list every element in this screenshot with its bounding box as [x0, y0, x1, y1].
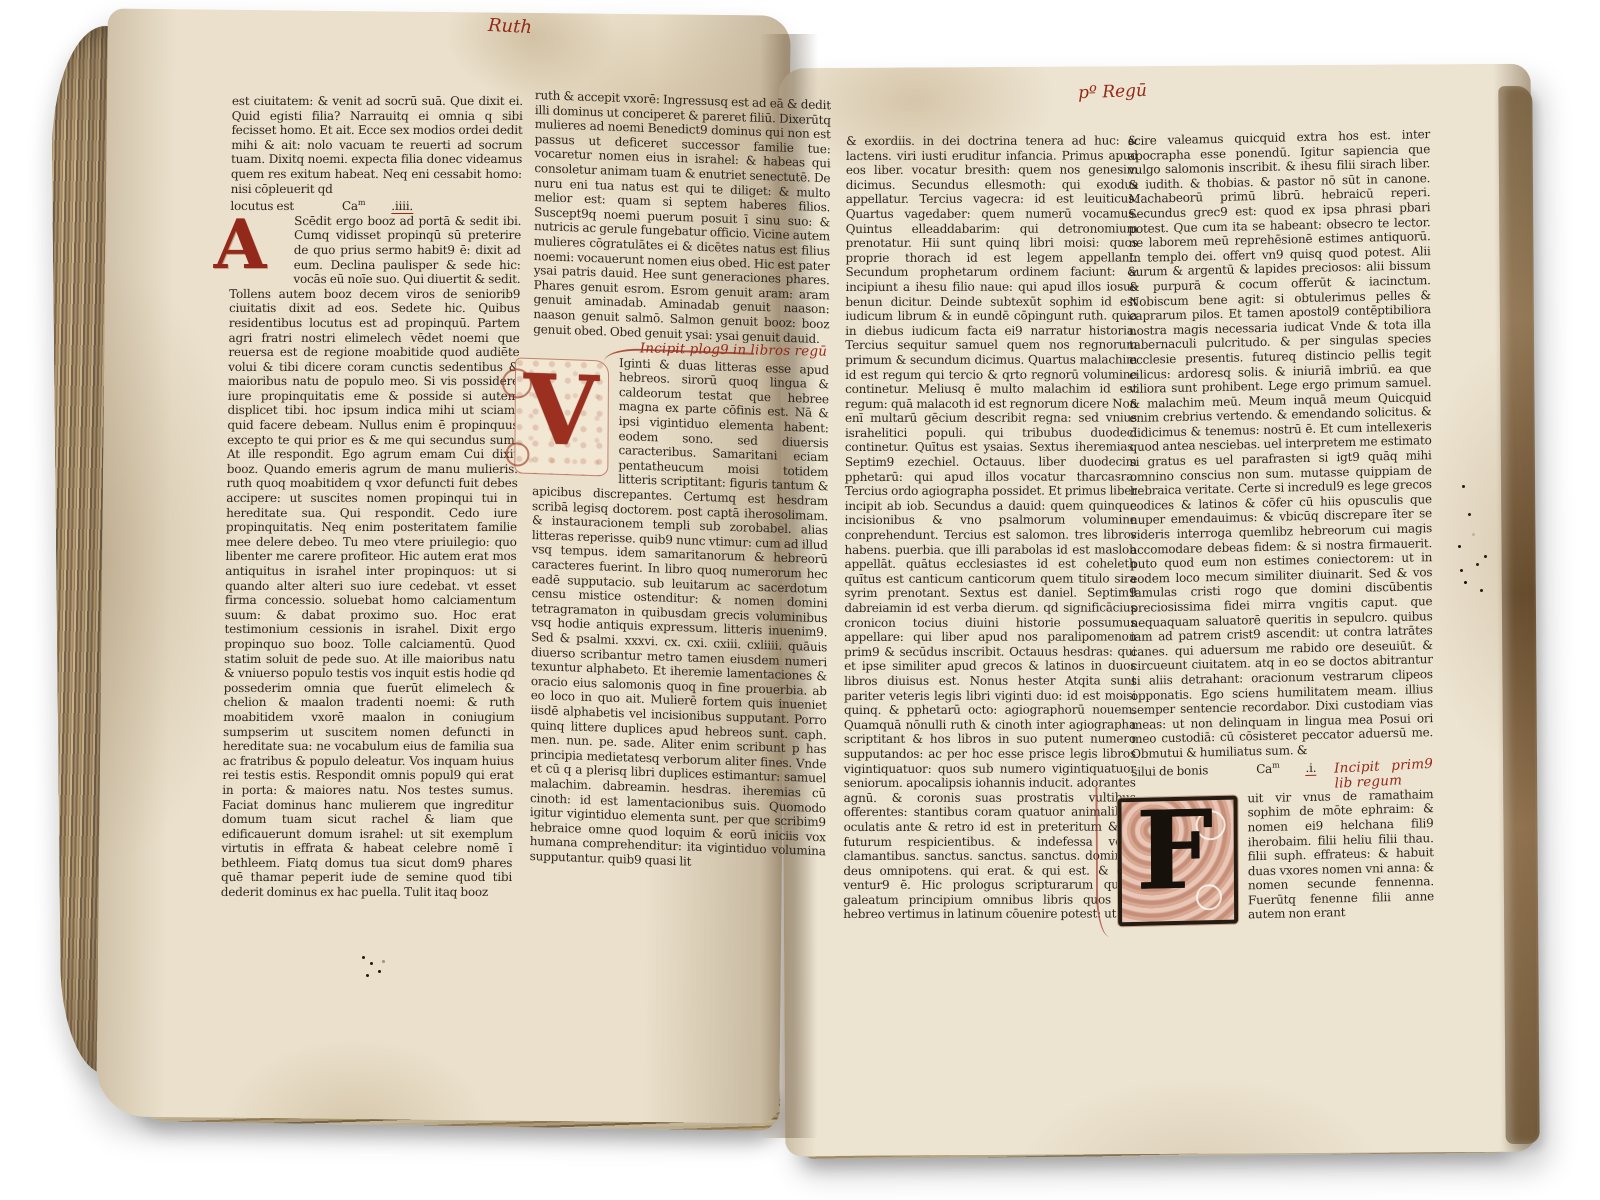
ruth4-text: Scēdit ergo booz ad portā & sedit ibi. C…: [221, 214, 522, 899]
chapter-number: .iiii.: [391, 199, 413, 214]
wormhole-specks: [1462, 485, 1465, 488]
initial-V-letter: V: [523, 354, 598, 467]
prologue-continuation: & exordiis. in dei doctrina tenera ad hu…: [843, 133, 1138, 922]
right-page-column-2: scire valeamus quicquid extra hos est. i…: [1128, 127, 1434, 928]
ink-specks: [362, 956, 365, 959]
ruth3-end-paragraph: est ciuitatem: & venit ad socrū suā. Que…: [231, 94, 523, 196]
decorated-initial-F: F: [1117, 795, 1238, 926]
chapter-label-sup: m: [358, 198, 366, 207]
chapter-label: Cam.iiii.: [342, 196, 413, 214]
right-page-column-1: & exordiis. in dei doctrina tenera ad hu…: [843, 133, 1138, 922]
chapter-number: .i.: [1305, 760, 1316, 775]
explicit-text: locutus est: [230, 199, 294, 214]
photo-of-incunable-bible: { "book": { "left_page": { "header": "Ru…: [0, 0, 1600, 1200]
chapter-label-base: Ca: [342, 199, 358, 213]
rubricated-initial-A: A: [214, 217, 289, 273]
ruth4-paragraph: AScēdit ergo booz ad portā & sedit ibi. …: [221, 214, 522, 900]
decorated-initial-V: V: [514, 357, 609, 476]
chapter-label-sup: m: [1272, 760, 1279, 769]
prologue-paragraph: V Iginti & duas litteras esse apud hebre…: [530, 353, 830, 874]
chapter-4-heading-line: locutus est Cam.iiii.: [230, 196, 521, 214]
right-page-stained-edge: [1498, 86, 1539, 1144]
explicit-text: silui de bonis: [1131, 763, 1208, 779]
marginal-flourish: [1095, 786, 1118, 936]
ruth4-end-paragraph: ruth & accepit vxorē: Ingressusq est ad …: [533, 88, 831, 346]
left-page-column-1: est ciuitatem: & venit ad socrū suā. Que…: [221, 94, 523, 900]
chapter-label-base: Ca: [1256, 761, 1272, 775]
running-header-ruth: Ruth: [487, 15, 532, 38]
prologue-end-paragraph: scire valeamus quicquid extra hos est. i…: [1128, 127, 1433, 761]
rubric-incipit-primus-regum: Incipit prim9 lib regum: [1334, 756, 1434, 790]
initial-F-letter: F: [1135, 790, 1212, 912]
chapter-label: Cam.i.: [1256, 757, 1316, 776]
left-page-column-2: ruth & accepit vxorē: Ingressusq est ad …: [530, 88, 831, 874]
samuel-text: uit vir vnus de ramathaim sophim de mōte…: [1247, 787, 1434, 922]
samuel-opening-paragraph: F uit vir vnus de ramathaim sophim de mō…: [1131, 787, 1434, 925]
running-header-primus-regum: pº Regū: [1078, 81, 1148, 103]
